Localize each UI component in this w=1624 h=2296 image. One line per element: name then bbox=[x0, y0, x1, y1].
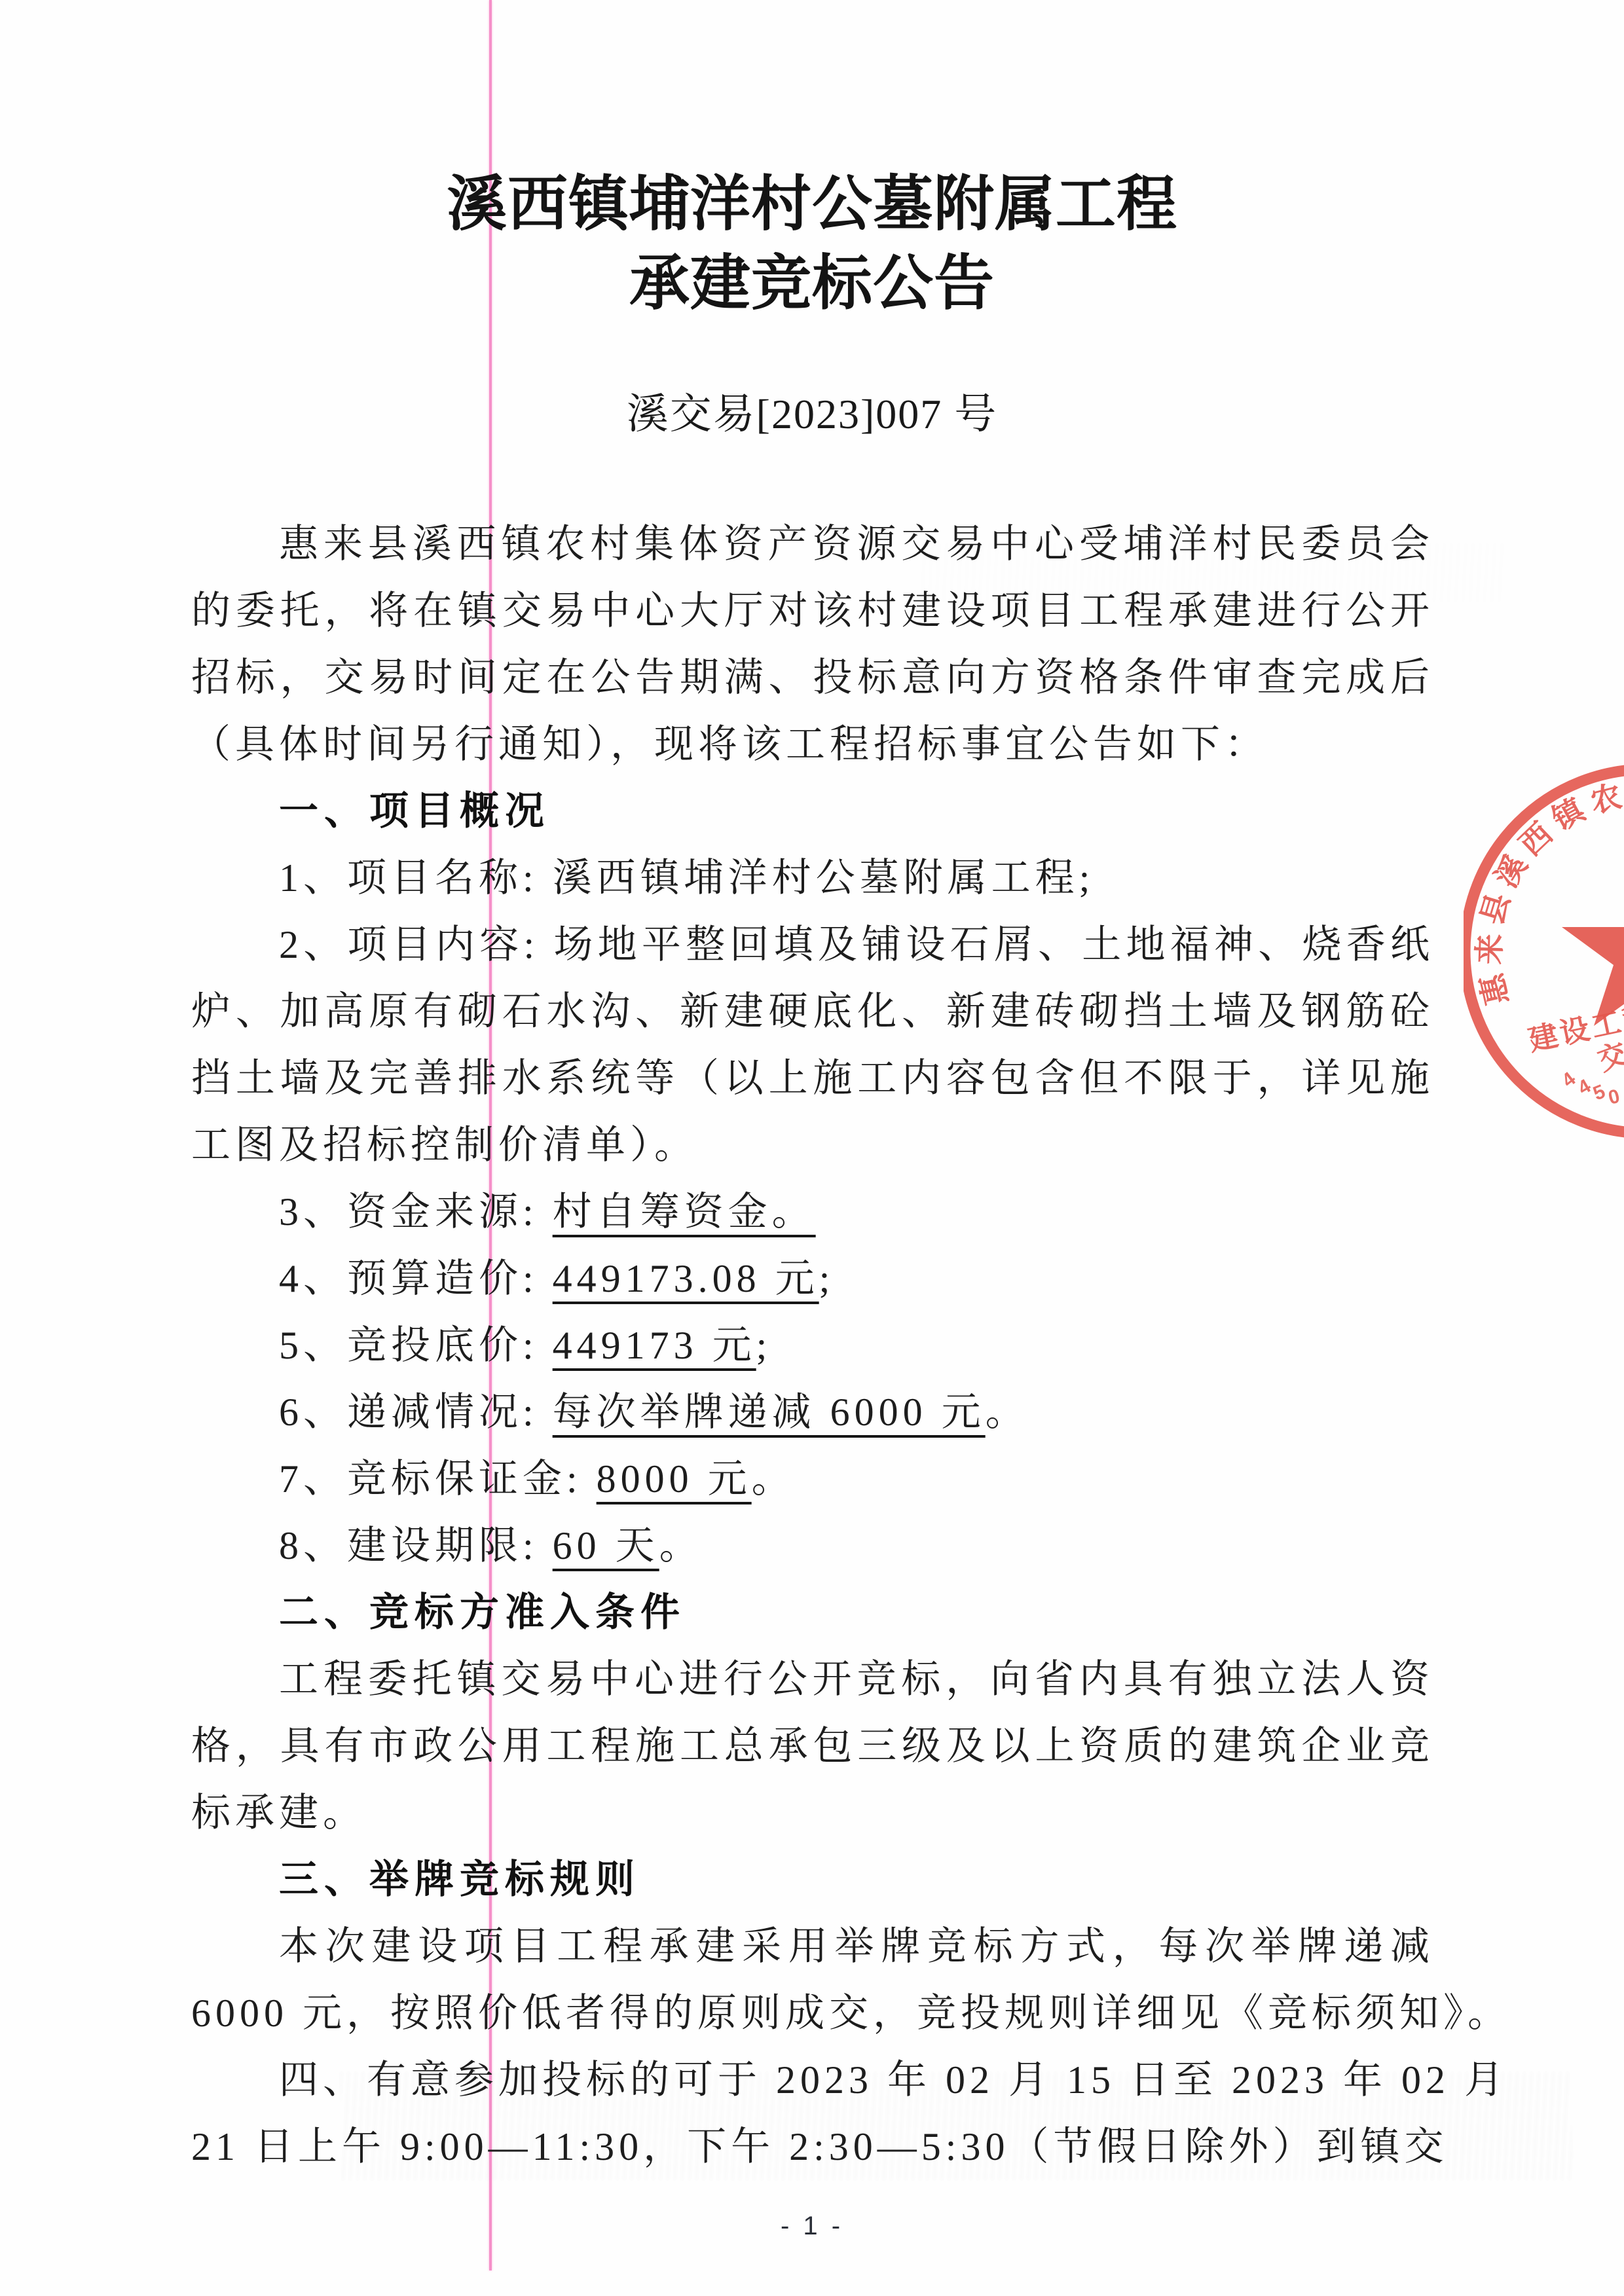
construction-period-value: 60 天 bbox=[553, 1524, 659, 1567]
list-item-bidding-floor-price: 5、竞投底价: 449173 元; bbox=[191, 1312, 1434, 1379]
list-item-project-content-line: 炉、加高原有砌石水沟、新建硬底化、新建砖砌挡土墙及钢筋砼 bbox=[191, 978, 1434, 1045]
item-label: 4、预算造价: bbox=[279, 1257, 553, 1300]
paragraph-rules-line: 本次建设项目工程承建采用举牌竞标方式，每次举牌递减 bbox=[191, 1913, 1434, 1980]
paragraph-intro-line: （具体时间另行通知），现将该工程招标事宜公告如下： bbox=[191, 711, 1434, 778]
bid-deposit-value: 8000 元 bbox=[597, 1457, 752, 1501]
item-label: 3、资金来源: bbox=[279, 1190, 553, 1233]
bidding-floor-price-value: 449173 元 bbox=[553, 1324, 756, 1367]
paragraph-rules-line: 6000 元，按照价低者得的原则成交，竞投规则详细见《竞标须知》。 bbox=[191, 1980, 1434, 2047]
official-seal-stamp: 惠来县溪西镇农村集体资产资源交易中心 建设工程 交 4 4 5 0 bbox=[1464, 758, 1624, 1151]
list-item-project-content-line: 挡土墙及完善排水系统等（以上施工内容包含但不限于，详见施 bbox=[191, 1045, 1434, 1112]
svg-text:5: 5 bbox=[1590, 1081, 1608, 1105]
item-suffix: 。 bbox=[659, 1524, 703, 1567]
budget-price-value: 449173.08 元 bbox=[553, 1257, 819, 1300]
item-suffix: 。 bbox=[986, 1391, 1029, 1434]
paragraph-intro-line: 的委托，将在镇交易中心大厅对该村建设项目工程承建进行公开 bbox=[191, 577, 1434, 644]
item-suffix: ; bbox=[819, 1257, 835, 1300]
list-item-project-content-line: 2、项目内容: 场地平整回填及铺设石屑、土地福神、烧香纸 bbox=[191, 911, 1434, 978]
section-heading-project-overview: 一、项目概况 bbox=[191, 778, 1434, 845]
list-item-decrement-rule: 6、递减情况: 每次举牌递减 6000 元。 bbox=[191, 1379, 1434, 1446]
paragraph-registration-line: 四、有意参加投标的可于 2023 年 02 月 15 日至 2023 年 02 … bbox=[191, 2047, 1434, 2113]
svg-text:0: 0 bbox=[1606, 1085, 1622, 1109]
document-title: 溪西镇埔洋村公墓附属工程 承建竞标公告 bbox=[0, 165, 1624, 323]
seal-inner-text-partial: 交 bbox=[1594, 1037, 1624, 1077]
item-label: 8、建设期限: bbox=[279, 1524, 553, 1567]
document-title-line2: 承建竞标公告 bbox=[0, 244, 1624, 323]
document-number: 溪交易[2023]007 号 bbox=[0, 385, 1624, 444]
document-title-line1: 溪西镇埔洋村公墓附属工程 bbox=[0, 165, 1624, 244]
paragraph-requirements-line: 工程委托镇交易中心进行公开竞标，向省内具有独立法人资 bbox=[191, 1646, 1434, 1713]
list-item-project-name: 1、项目名称: 溪西镇埔洋村公墓附属工程; bbox=[191, 845, 1434, 911]
funding-source-value: 村自筹资金。 bbox=[553, 1190, 816, 1233]
item-label: 1、项目名称: bbox=[279, 856, 553, 900]
item-label: 5、竞投底价: bbox=[279, 1324, 553, 1367]
paragraph-registration-line: 21 日上午 9:00—11:30，下午 2:30—5:30（节假日除外）到镇交 bbox=[191, 2113, 1434, 2180]
list-item-budget-price: 4、预算造价: 449173.08 元; bbox=[191, 1245, 1434, 1312]
paragraph-requirements-line: 标承建。 bbox=[191, 1779, 1434, 1846]
item-suffix: ; bbox=[756, 1324, 772, 1367]
project-name-value: 溪西镇埔洋村公墓附属工程; bbox=[553, 856, 1095, 900]
paragraph-requirements-line: 格，具有市政公用工程施工总承包三级及以上资质的建筑企业竞 bbox=[191, 1713, 1434, 1779]
decrement-rule-value: 每次举牌递减 6000 元 bbox=[553, 1391, 986, 1434]
seal-star-icon bbox=[1562, 866, 1624, 1026]
document-body: 惠来县溪西镇农村集体资产资源交易中心受埔洋村民委员会 的委托，将在镇交易中心大厅… bbox=[191, 511, 1434, 2180]
paragraph-intro-line: 惠来县溪西镇农村集体资产资源交易中心受埔洋村民委员会 bbox=[191, 511, 1434, 577]
list-item-construction-period: 8、建设期限: 60 天。 bbox=[191, 1512, 1434, 1579]
list-item-bid-deposit: 7、竞标保证金: 8000 元。 bbox=[191, 1446, 1434, 1512]
item-suffix: 。 bbox=[752, 1457, 796, 1501]
section-heading-bidder-requirements: 二、竞标方准入条件 bbox=[191, 1579, 1434, 1646]
item-label: 6、递减情况: bbox=[279, 1391, 553, 1434]
list-item-project-content-line: 工图及招标控制价清单）。 bbox=[191, 1112, 1434, 1178]
list-item-funding-source: 3、资金来源: 村自筹资金。 bbox=[191, 1178, 1434, 1245]
page-number: - 1 - bbox=[0, 2212, 1624, 2241]
document-page: 溪西镇埔洋村公墓附属工程 承建竞标公告 溪交易[2023]007 号 惠来县溪西… bbox=[0, 0, 1624, 2296]
item-label: 7、竞标保证金: bbox=[279, 1457, 597, 1501]
paragraph-intro-line: 招标，交易时间定在公告期满、投标意向方资格条件审查完成后 bbox=[191, 644, 1434, 711]
section-heading-bidding-rules: 三、举牌竞标规则 bbox=[191, 1846, 1434, 1913]
